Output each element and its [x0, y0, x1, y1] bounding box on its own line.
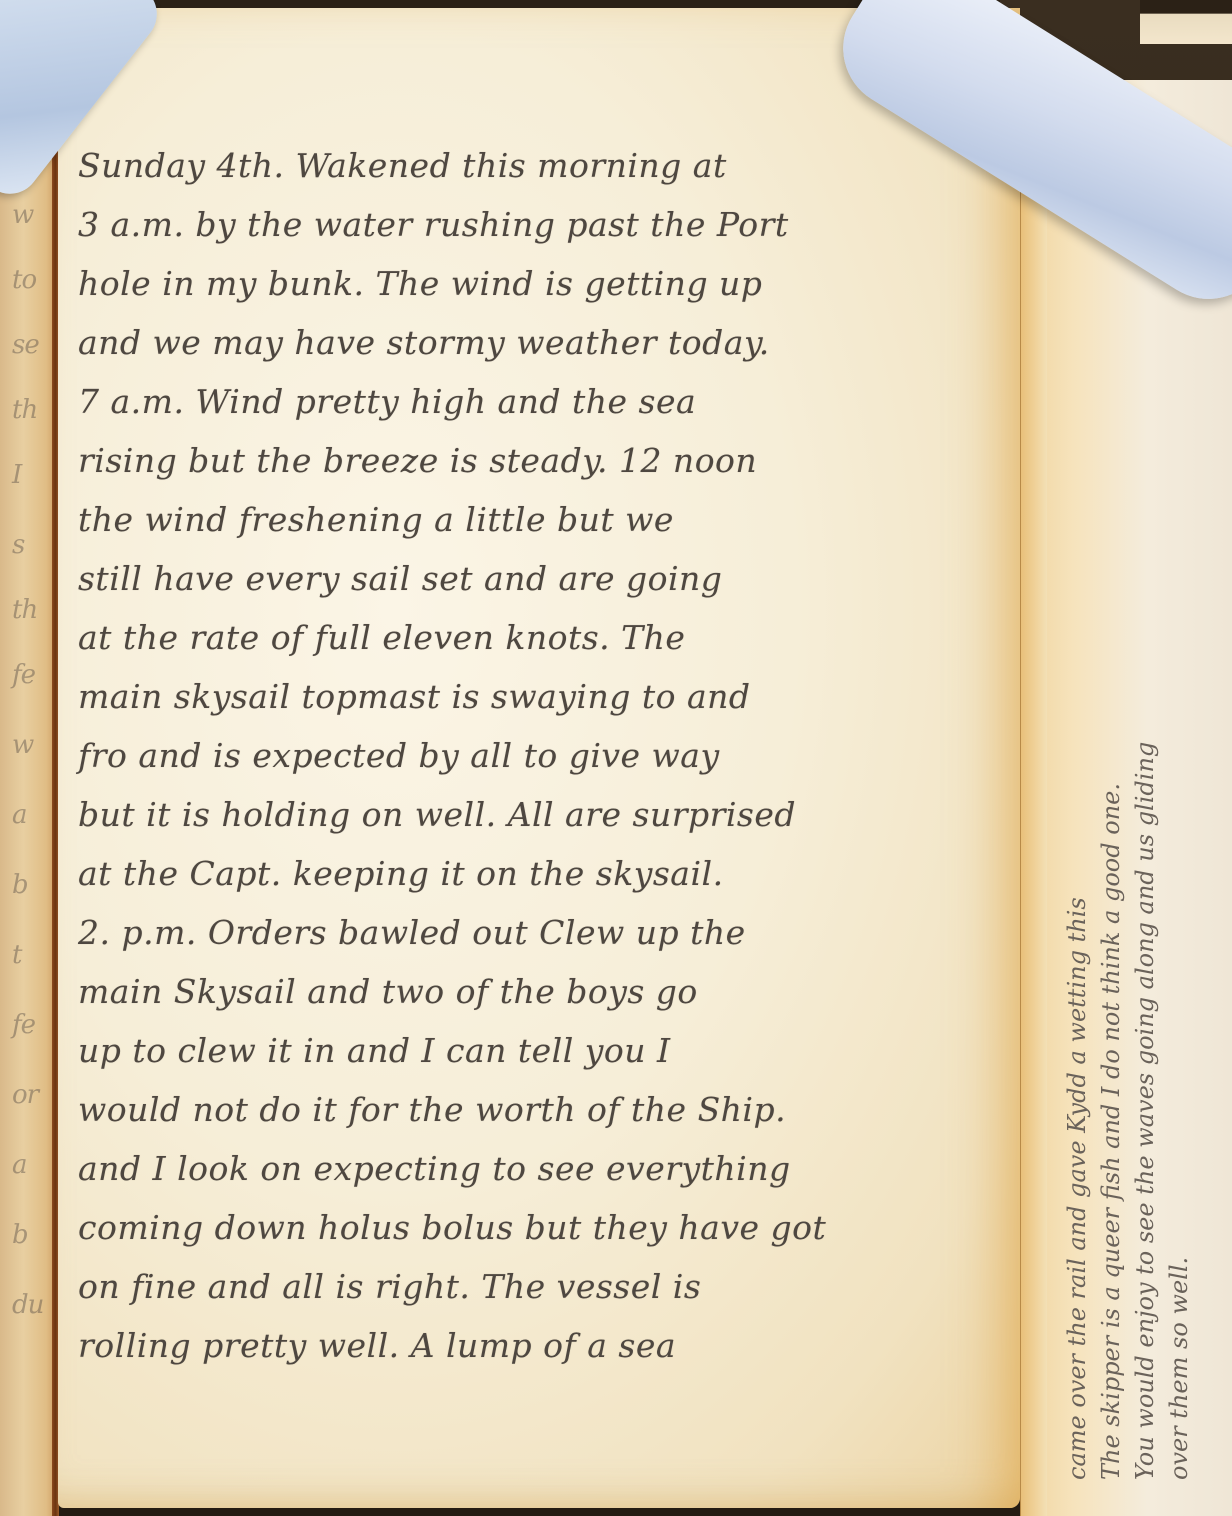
entry-line: up to clew it in and I can tell you I	[78, 1021, 1008, 1080]
entry-line: still have every sail set and are going	[78, 549, 1008, 608]
entry-line: 7 a.m. Wind pretty high and the sea	[78, 372, 1008, 431]
entry-line: Sunday 4th. Wakened this morning at	[78, 136, 1008, 195]
prev-page-fragment: to	[12, 265, 36, 295]
diary-photo: ed w to se th I s th fe w a b t fe or a …	[0, 0, 1232, 1516]
prev-page-fragment: t	[12, 940, 21, 970]
prev-page-fragment: I	[12, 460, 21, 490]
previous-page-edge: ed w to se th I s th fe w a b t fe or a …	[0, 40, 58, 1516]
prev-page-fragment: b	[12, 1220, 28, 1250]
prev-page-fragment: se	[12, 330, 39, 360]
diary-entry: Sunday 4th. Wakened this morning at 3 a.…	[78, 136, 1008, 1375]
entry-line: at the Capt. keeping it on the skysail.	[78, 844, 1008, 903]
prev-page-fragment: b	[12, 870, 28, 900]
prev-page-fragment: fe	[12, 660, 35, 690]
margin-note-line: You would enjoy to see the waves going a…	[1128, 180, 1162, 1480]
entry-line: would not do it for the worth of the Shi…	[78, 1080, 1008, 1139]
book-cover-corner	[1140, 0, 1232, 44]
prev-page-fragment: or	[12, 1080, 38, 1110]
entry-line: the wind freshening a little but we	[78, 490, 1008, 549]
entry-line: but it is holding on well. All are surpr…	[78, 785, 1008, 844]
entry-line: rising but the breeze is steady. 12 noon	[78, 431, 1008, 490]
prev-page-fragment: fe	[12, 1010, 35, 1040]
entry-line: and I look on expecting to see everythin…	[78, 1139, 1008, 1198]
entry-line: rolling pretty well. A lump of a sea	[78, 1316, 1008, 1375]
margin-note-line: The skipper is a queer fish and I do not…	[1094, 180, 1128, 1480]
margin-note-line: came over the rail and gave Kydd a wetti…	[1060, 180, 1094, 1480]
prev-page-fragment: a	[12, 800, 27, 830]
prev-page-fragment: th	[12, 595, 37, 625]
margin-note-line: over them so well.	[1162, 180, 1196, 1480]
entry-line: and we may have stormy weather today.	[78, 313, 1008, 372]
entry-line: at the rate of full eleven knots. The	[78, 608, 1008, 667]
prev-page-fragment: w	[12, 730, 33, 760]
margin-slip-fold	[1020, 80, 1047, 1516]
entry-line: hole in my bunk. The wind is getting up	[78, 254, 1008, 313]
entry-line: on fine and all is right. The vessel is	[78, 1257, 1008, 1316]
prev-page-fragment: a	[12, 1150, 27, 1180]
entry-line: main Skysail and two of the boys go	[78, 962, 1008, 1021]
diary-page: Sunday 4th. Wakened this morning at 3 a.…	[58, 8, 1020, 1508]
entry-line: main skysail topmast is swaying to and	[78, 667, 1008, 726]
entry-line: fro and is expected by all to give way	[78, 726, 1008, 785]
prev-page-fragment: th	[12, 395, 37, 425]
prev-page-fragment: w	[12, 200, 33, 230]
prev-page-fragment: s	[12, 530, 24, 560]
entry-line: 3 a.m. by the water rushing past the Por…	[78, 195, 1008, 254]
entry-line: coming down holus bolus but they have go…	[78, 1198, 1008, 1257]
entry-line: 2. p.m. Orders bawled out Clew up the	[78, 903, 1008, 962]
prev-page-fragment: du	[12, 1290, 43, 1320]
margin-note: came over the rail and gave Kydd a wetti…	[1060, 180, 1196, 1480]
